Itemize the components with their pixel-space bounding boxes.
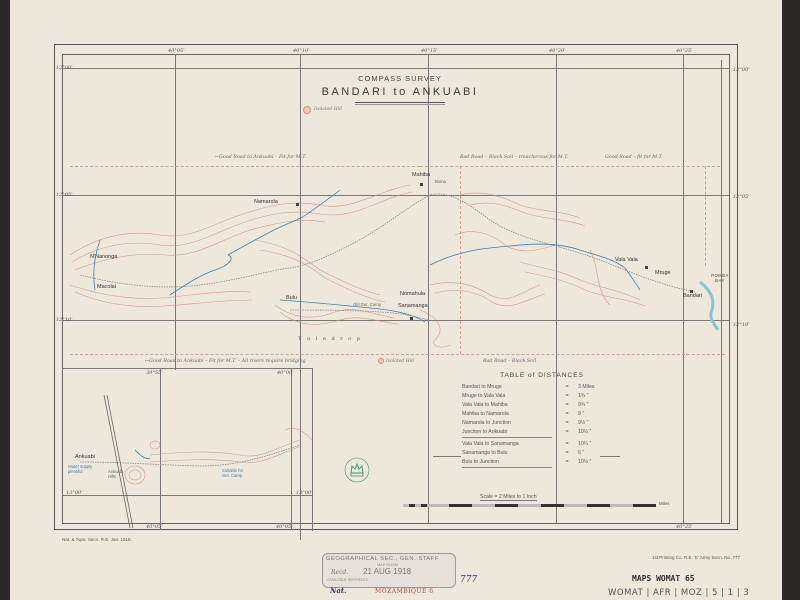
table-row: Mahiba to Namarola=9 ” (462, 409, 622, 418)
place-ankuabi: Ankuabi (75, 454, 95, 460)
scale-segment (421, 504, 427, 507)
place-ankuabi-hills: Ankuabi Hills (108, 469, 128, 479)
table-row: Bulu to Junction=10½ ” (462, 457, 622, 466)
table-side-rule (433, 456, 461, 457)
scale-segment (633, 504, 656, 507)
table-row: Namarola to Junction=9½ ” (462, 418, 622, 427)
scale-bar (403, 504, 656, 507)
crown-icon (343, 456, 371, 484)
stamp-recd-label: Recd. (331, 569, 348, 576)
scale-segment (449, 504, 472, 507)
scale-segment (541, 504, 564, 507)
british-library-stamp (343, 456, 371, 484)
map-drawing (0, 0, 800, 600)
imprint-left: Nat. & Topo. Secn. R.E. Jan. 1918. (62, 537, 132, 542)
scale-label: Scale = 2 Miles to 1 Inch (480, 494, 537, 501)
table-divider (462, 467, 552, 468)
place-inset-note: Suitable for Ger. Camp (222, 468, 252, 478)
scale-segment (587, 504, 610, 507)
stamp-heading: GEOGRAPHICAL SEC., GEN. STAFF (326, 556, 439, 562)
handwritten-number: 777 (460, 575, 477, 585)
table-side-rule (600, 456, 620, 457)
bearing-line (104, 395, 133, 528)
table-row: Vala Vala to Sanamanga=10¼ ” (462, 439, 622, 448)
geographical-section-stamp: GEOGRAPHICAL SEC., GEN. STAFF MAP ROOM R… (322, 553, 456, 588)
table-row: Junction to Ankuabi=10½ ” (462, 427, 622, 436)
place-bandari: Bandari (683, 293, 702, 299)
place-macolai: Macolai (97, 284, 116, 290)
place-bulu: Bulu (286, 295, 297, 301)
place-nanonga: N'Nanonga (90, 254, 117, 260)
place-sanamanga: Sanamanga (398, 303, 428, 309)
shelfmark-handwritten: WOMAT | AFR | MOZ | 5 | 1 | 3 (608, 588, 749, 598)
table-row: Mruge to Vala Vala=1¾ ” (462, 391, 622, 400)
shelfmark-printed: MAPS WOMAT 65 (632, 574, 695, 583)
scale-unit: Miles (659, 501, 670, 506)
mozambique-stamp: MOZAMBIQUE 6 (375, 588, 434, 595)
place-namarola: Namarola (254, 199, 278, 205)
table-divider (462, 437, 552, 438)
place-nomahula: Nomahula (400, 291, 425, 297)
table-row: Vala Vala to Mahiba=9¾ ” (462, 400, 622, 409)
table-row: Sanamanga to Bulu=6 ” (462, 448, 622, 457)
scale-segment (409, 504, 415, 507)
table-title: TABLE of DISTANCES (462, 372, 622, 379)
place-mahiba-boma: Boma (435, 179, 446, 184)
place-mahiba: Mahiba (412, 172, 430, 178)
stamp-catalogue: CATALOGUE REFERENCE (327, 579, 368, 583)
place-mruge: Mruge (655, 270, 671, 276)
place-tuledrop: T u l e d r o p (298, 336, 362, 342)
rivers (94, 190, 718, 458)
place-vala-vala: Vala Vala (615, 257, 638, 263)
place-water-supply: Water supply plentiful (68, 464, 98, 474)
table-row: Bandari to Mruge=3 Miles (462, 382, 622, 391)
place-old-ger-camp: Old Ger. Camp (353, 302, 381, 307)
place-pemba-bay: POMBA BAY (708, 273, 732, 283)
imprint-right: 1st Printing Co. R.E. 'E' Army Secn. No.… (652, 555, 740, 560)
handwritten-nat: Nat. (330, 586, 347, 595)
table-of-distances: TABLE of DISTANCES Bandari to Mruge=3 Mi… (462, 372, 622, 469)
scale-segment (495, 504, 518, 507)
stamp-recd-date: 21 AUG 1918 (363, 567, 411, 576)
